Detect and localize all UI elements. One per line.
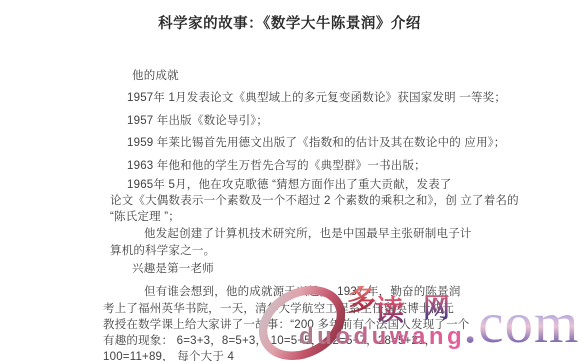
document-page: 科学家的故事：《数学大牛陈景润》介绍 他的成就1957年 1月发表论文《典型域上… xyxy=(0,0,579,361)
text-line: “陈氏定理 ”； xyxy=(110,211,180,224)
section-heading: 兴趣是第一老师 xyxy=(132,263,214,276)
text-line: 考上了福州英华书院，一天，清华大学航空工程系主任留英博士沈元 xyxy=(103,303,454,316)
text-line: 但有谁会想到，他的成就源于兴趣。 1937 年，勤奋的陈景润 xyxy=(144,286,461,299)
text-line: 1957 年出版《数论导引》； xyxy=(127,115,268,128)
text-line: 有趣的现象： 6=3+3，8=5+3， 10=5+5， 12=5+7，28=5+… xyxy=(103,335,436,348)
text-line: 1959 年莱比锡首先用德文出版了《指数和的估计及其在数论中的 应用》； xyxy=(127,137,505,150)
watermark-domain-text: .com xyxy=(463,291,579,357)
text-line: 1957年 1月发表论文《典型域上的多元复变函数论》获国家发明 一等奖； xyxy=(127,92,506,105)
text-line: 100=11+89， 每个大于 4 xyxy=(103,351,234,361)
text-line: 算机的科学家之一。 xyxy=(110,245,215,258)
section-heading: 他的成就 xyxy=(132,70,179,83)
text-line: 1965年 5月，他在攻克歌德 “猜想方面作出了重大贡献，发表了 xyxy=(127,179,452,192)
text-line: 他发起创建了计算机技术研究所，也是中国最早主张研制电子计 xyxy=(144,228,472,241)
text-line: 论文《大偶数表示一个素数及一个不超过 2 个素数的乘积之和》，创 立了着名的 xyxy=(110,195,519,208)
text-line: 1963 年他和他的学生万哲先合写的《典型群》一书出版； xyxy=(127,160,426,173)
text-line: 教授在数学课上给大家讲了一故事：“200 多年前有个法国人发现了一个 xyxy=(103,319,470,332)
document-title: 科学家的故事：《数学大牛陈景润》介绍 xyxy=(0,16,579,33)
